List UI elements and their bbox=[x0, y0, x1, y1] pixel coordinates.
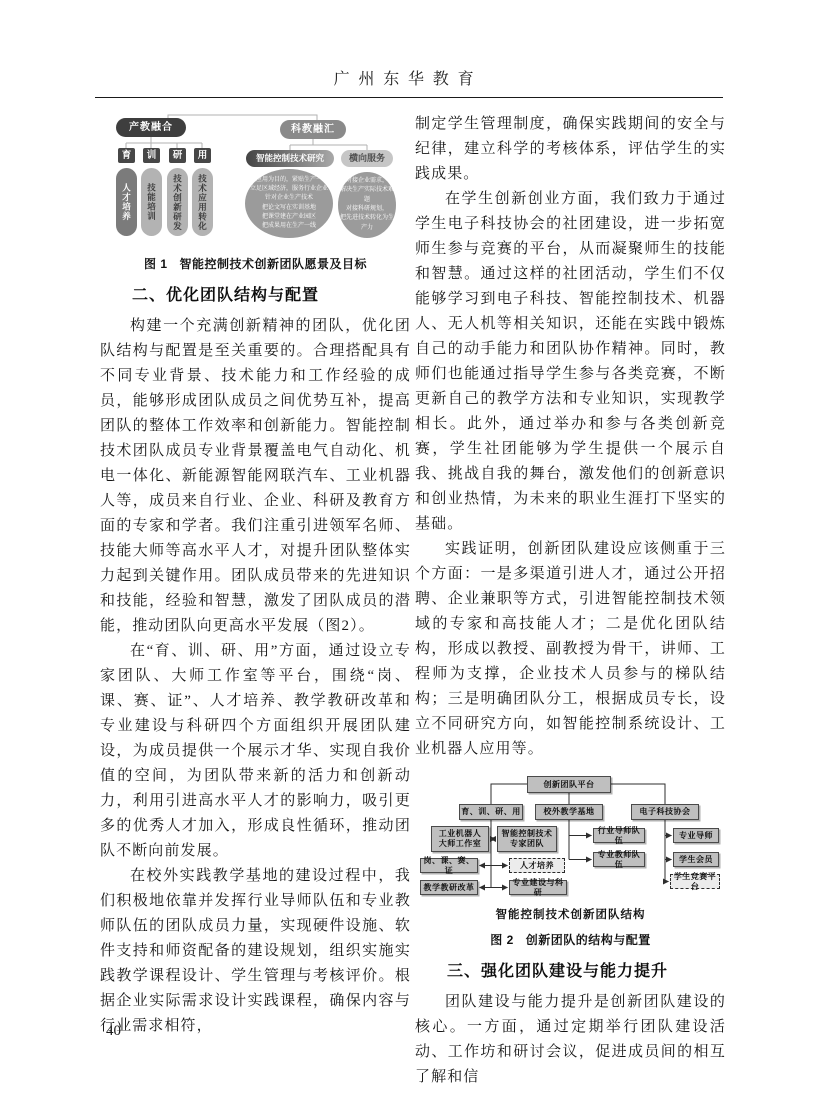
paper-page: 广州东华教育 产教融合 科教融汇 育 训 研 用 人 bbox=[0, 0, 816, 1119]
fig2-node-competition-platform: 学生竞赛平台 bbox=[670, 874, 720, 889]
fig1-pill-training: 技能培训 bbox=[141, 168, 162, 236]
figure-1-diagram: 产教融合 科教融汇 育 训 研 用 人才培养 技能培训 技术创新研发 技术应用转… bbox=[100, 106, 411, 246]
fig1-ellipse-service: 对接企业需求， 解决生产实际技术难题 对接科研规划， 把先进技术转化为生产力 bbox=[338, 172, 396, 238]
fig2-node-pro-mentor: 专业导师 bbox=[673, 828, 719, 843]
journal-title: 广州东华教育 bbox=[0, 66, 816, 89]
page-number: 40 bbox=[106, 1023, 121, 1040]
fig2-node-offcampus-base: 校外教学基地 bbox=[535, 804, 603, 820]
header-divider bbox=[95, 97, 723, 98]
figure-2-caption-label: 图 2 bbox=[490, 933, 514, 947]
fig1-node-industry-education: 产教融合 bbox=[116, 118, 186, 137]
fig2-node-student-members: 学生会员 bbox=[673, 852, 719, 867]
fig1-subhead-research: 智能控制技术研究 bbox=[246, 150, 334, 167]
fig2-node-etech-association: 电子科技协会 bbox=[631, 804, 699, 820]
paragraph-6: 实践证明，创新团队建设应该侧重于三个方面：一是多渠道引进人才，通过公开招聘、企业… bbox=[415, 537, 726, 762]
figure-1-caption-label: 图 1 bbox=[144, 257, 168, 271]
fig2-node-teaching-reform: 教学教研改革 bbox=[420, 880, 478, 895]
fig1-tag-yong: 用 bbox=[194, 148, 211, 163]
fig2-node-teacher-team: 专业教师队伍 bbox=[593, 852, 645, 867]
figure-1-caption-text: 智能控制技术创新团队愿景及目标 bbox=[180, 257, 368, 271]
section-heading-2: 二、优化团队结构与配置 bbox=[100, 282, 411, 305]
fig2-node-major-research: 专业建设与科研 bbox=[509, 880, 567, 895]
fig1-node-science-education: 科教融汇 bbox=[280, 120, 346, 139]
fig1-pill-transform: 技术应用转化 bbox=[192, 168, 213, 236]
fig1-ellipse-research: 以应用为目的，紧贴生产一线 立足区域经济，服务行业企业 针对企业生产技术 把论文… bbox=[245, 169, 333, 238]
right-column: 制定学生管理制度，确保实践期间的安全与纪律，建立科学的考核体系，评估学生的实践成… bbox=[415, 112, 726, 1090]
fig2-node-talent-cultivation: 人才培养 bbox=[509, 858, 565, 873]
fig1-tag-yu: 育 bbox=[118, 148, 135, 163]
figure-2-caption: 图 2创新团队的结构与配置 bbox=[415, 931, 726, 948]
fig1-pill-rnd: 技术创新研发 bbox=[167, 168, 188, 236]
fig1-subhead-service: 横向服务 bbox=[341, 150, 393, 167]
figure-2-diagram: 创新团队平台 育、训、研、用 校外教学基地 电子科技协会 工业机器人 大师工作室… bbox=[415, 774, 727, 900]
fig1-tag-yan: 研 bbox=[169, 148, 186, 163]
paragraph-3: 在校外实践教学基地的建设过程中，我们积极地依靠并发挥行业导师队伍和专业教师队伍的… bbox=[100, 864, 411, 1039]
figure-1-caption: 图 1智能控制技术创新团队愿景及目标 bbox=[100, 255, 411, 272]
figure-2-caption-text: 创新团队的结构与配置 bbox=[526, 933, 651, 947]
fig2-node-expert-team: 智能控制技术 专家团队 bbox=[497, 826, 557, 852]
fig2-node-platform: 创新团队平台 bbox=[527, 776, 611, 793]
left-column: 产教融合 科教融汇 育 训 研 用 人才培养 技能培训 技术创新研发 技术应用转… bbox=[100, 106, 411, 1039]
paragraph-7: 团队建设与能力提升是创新团队建设的核心。一方面，通过定期举行团队建设活动、工作坊… bbox=[415, 990, 726, 1090]
paragraph-4: 制定学生管理制度，确保实践期间的安全与纪律，建立科学的考核体系，评估学生的实践成… bbox=[415, 112, 726, 187]
fig2-node-robot-studio: 工业机器人 大师工作室 bbox=[431, 826, 489, 852]
paragraph-1: 构建一个充满创新精神的团队，优化团队结构与配置是至关重要的。合理搭配具有不同专业… bbox=[100, 314, 411, 639]
fig2-node-post-course: 岗、课、赛、证 bbox=[420, 858, 478, 873]
fig1-tag-xun: 训 bbox=[143, 148, 160, 163]
fig1-pill-talent: 人才培养 bbox=[116, 168, 137, 236]
paragraph-2: 在“育、训、研、用”方面，通过设立专家团队、大师工作室等平台，围绕“岗、课、赛、… bbox=[100, 639, 411, 864]
paragraph-5: 在学生创新创业方面，我们致力于通过学生电子科技协会的社团建设，进一步拓宽师生参与… bbox=[415, 187, 726, 537]
fig2-node-yuxunyanyong: 育、训、研、用 bbox=[459, 804, 523, 820]
fig2-node-industry-mentors: 行业导师队伍 bbox=[593, 828, 645, 843]
figure-2-subtitle: 智能控制技术创新团队结构 bbox=[415, 906, 726, 922]
section-heading-3: 三、强化团队建设与能力提升 bbox=[415, 958, 726, 981]
